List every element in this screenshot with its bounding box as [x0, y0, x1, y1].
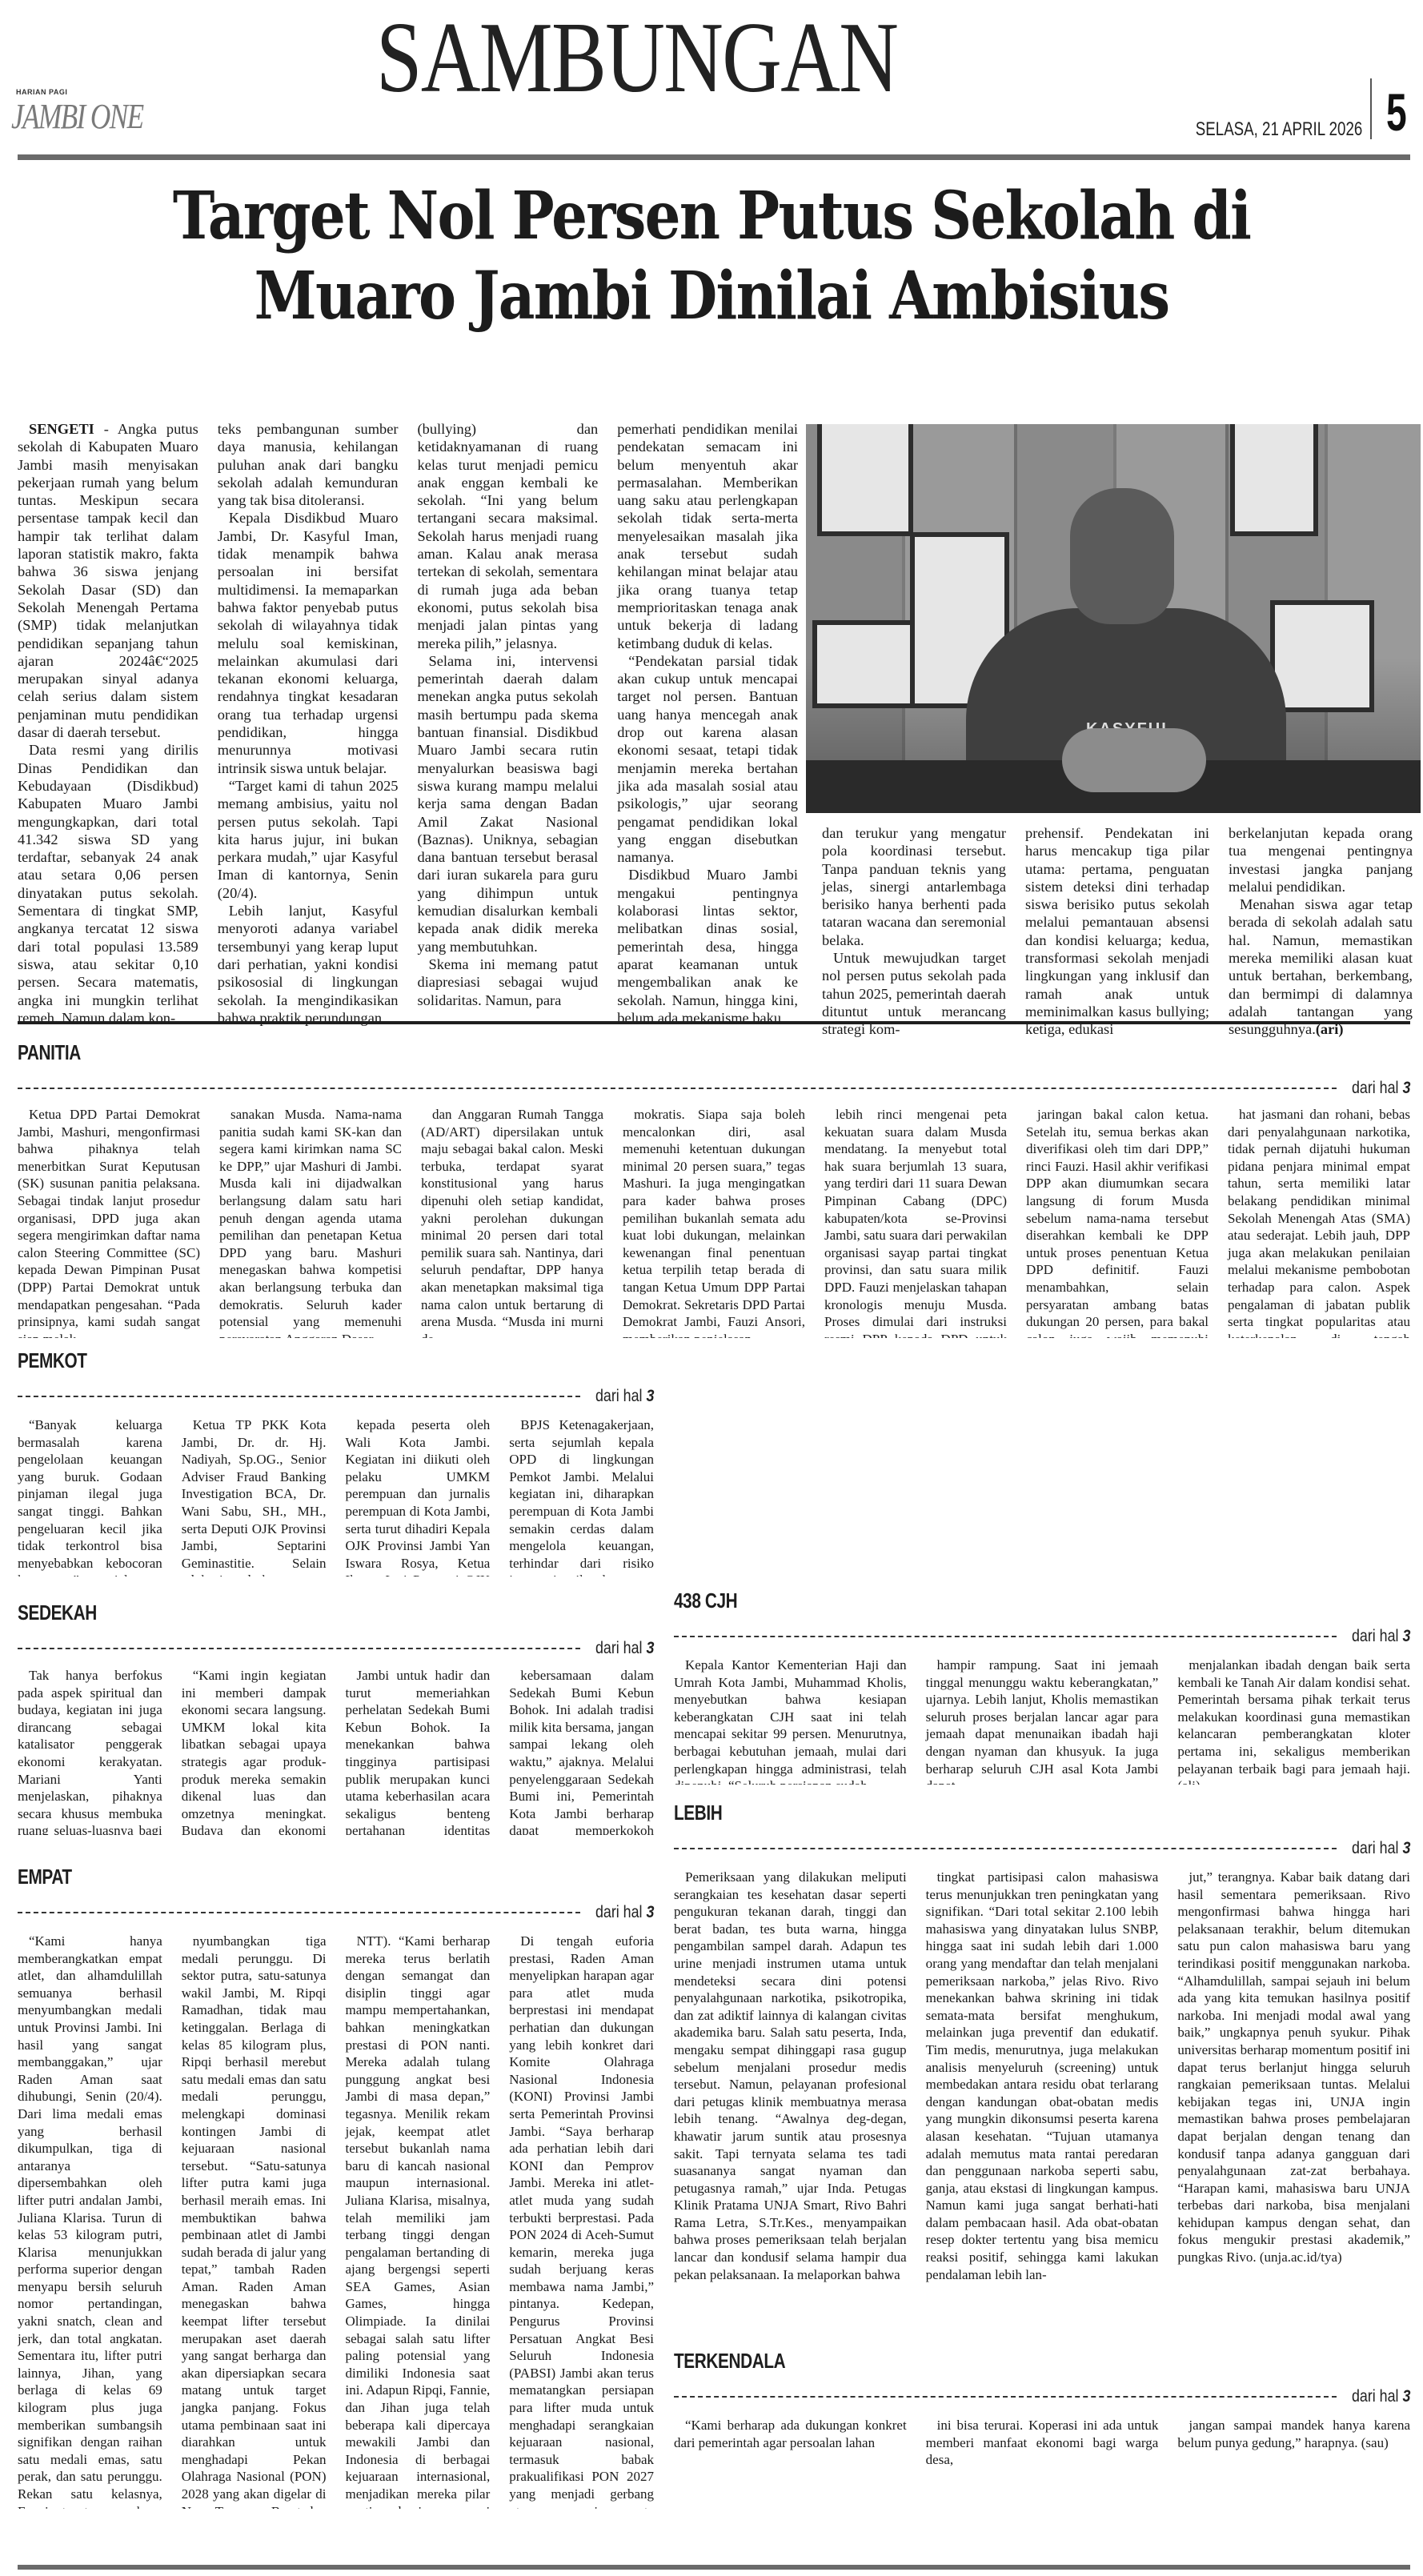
headline-line-1: Target Nol Persen Putus Sekolah di [99, 176, 1323, 256]
from-page-number: 3 [1402, 1079, 1410, 1097]
article-column: “Kami hanya memberangkatkan empat atlet,… [18, 1933, 162, 2509]
paragraph-text: Menahan siswa agar tetap berada di sekol… [1229, 896, 1413, 1037]
article-column: teks pembangunan sumber daya manusia, ke… [218, 420, 399, 1004]
section-header-cjh: 438 CJH [674, 1588, 737, 1613]
from-label-text: dari hal [595, 1903, 647, 1921]
paragraph-text: prehensif. Pendekatan ini harus mencakup… [1025, 825, 1209, 1037]
article-paragraph: “Target kami di tahun 2025 memang ambisi… [218, 777, 399, 902]
article-paragraph: Jambi untuk hadir dan turut memeriahkan … [346, 1667, 491, 1835]
article-paragraph: jaringan bakal calon ketua. Setelah itu,… [1026, 1106, 1209, 1338]
paragraph-text: berkelanjutan kepada orang tua mengenai … [1229, 825, 1413, 895]
article-paragraph: lebih rinci mengenai peta kekuatan suara… [824, 1106, 1007, 1338]
article-column: dan terukur yang mengatur pola koordinas… [822, 824, 1006, 1008]
paragraph-text: Disdikbud Muaro Jambi mengakui pentingny… [617, 867, 798, 1025]
article-paragraph: kebersamaan dalam Sedekah Bumi Kebun Boh… [509, 1667, 654, 1835]
article-paragraph: Pemeriksaan yang dilakukan meliputi sera… [674, 1869, 907, 2283]
dashed-divider [674, 2396, 1337, 2398]
article-paragraph: Skema ini memang patut diapresiasi sebag… [418, 955, 599, 1009]
continued-from-line: dari hal 3 [674, 1627, 1410, 1646]
page-separator [1370, 78, 1372, 139]
section-header-lebih: LEBIH [674, 1801, 722, 1825]
continued-from-label: dari hal 3 [595, 1903, 654, 1922]
article-paragraph: Selama ini, intervensi pemerintah daerah… [418, 652, 599, 955]
article-column: “Kami ingin kegiatan ini memberi dampak … [182, 1667, 327, 1835]
article-paragraph: BPJS Ketenagakerjaan, serta sejumlah kep… [509, 1416, 654, 1576]
article-paragraph: nyumbangkan tiga medali perunggu. Di sek… [182, 1933, 327, 2509]
article-paragraph: “Kami ingin kegiatan ini memberi dampak … [182, 1667, 327, 1835]
article-paragraph: hat jasmani dan rohani, bebas dari penya… [1228, 1106, 1410, 1338]
article-column: prehensif. Pendekatan ini harus mencakup… [1025, 824, 1209, 1008]
paragraph-text: Lebih lanjut, Kasyful menyoroti adanya v… [218, 903, 399, 1026]
section-body-terkendala: “Kami berharap ada dukungan konkret dari… [674, 2417, 1410, 2481]
section-header-empat: EMPAT [18, 1865, 72, 1889]
article-column: “Banyak keluarga bermasalah karena penge… [18, 1416, 162, 1576]
logo-name: JAMBI ONE [11, 96, 142, 137]
article-paragraph: ini bisa terurai. Koperasi ini ada untuk… [926, 2417, 1159, 2469]
article-paragraph: (bullying) dan ketidaknyamanan di ruang … [418, 420, 599, 652]
paragraph-text: - Angka putus sekolah di Kabupaten Muaro… [18, 421, 198, 740]
article-paragraph: SENGETI - Angka putus sekolah di Kabupat… [18, 420, 198, 741]
article-column: Ketua TP PKK Kota Jambi, Dr. dr. Hj. Nad… [182, 1416, 327, 1576]
lead-article-columns-left: SENGETI - Angka putus sekolah di Kabupat… [18, 420, 798, 1004]
article-column: sanakan Musda. Nama-nama panitia sudah k… [219, 1106, 402, 1338]
article-column: jut,” terangnya. Kabar baik datang dari … [1177, 1869, 1410, 2329]
article-column: berkelanjutan kepada orang tua mengenai … [1229, 824, 1413, 1008]
article-paragraph: kepada peserta oleh Wali Kota Jambi. Keg… [346, 1416, 491, 1576]
from-page-number: 3 [646, 1903, 654, 1921]
dashed-divider [674, 1848, 1337, 1849]
from-page-number: 3 [1402, 2387, 1410, 2406]
section-header-terkendala: TERKENDALA [674, 2349, 785, 2374]
continued-from-label: dari hal 3 [1352, 2387, 1410, 2406]
section-header-sedekah: SEDEKAH [18, 1600, 97, 1625]
article-paragraph: Untuk mewujudkan target nol persen putus… [822, 949, 1006, 1038]
continued-from-line: dari hal 3 [674, 2387, 1410, 2406]
continued-from-line: dari hal 3 [674, 1839, 1410, 1858]
article-column: Tak hanya berfokus pada aspek spiritual … [18, 1667, 162, 1835]
continued-from-label: dari hal 3 [595, 1387, 654, 1406]
section-body-cjh: Kepala Kantor Kementerian Haji dan Umrah… [674, 1657, 1410, 1785]
paragraph-text: pemerhati pendidikan menilai pendekatan … [617, 421, 798, 651]
from-page-number: 3 [1402, 1839, 1410, 1857]
lead-article-columns-right: dan terukur yang mengatur pola koordinas… [822, 824, 1413, 1008]
article-column: tingkat partisipasi calon mahasiswa teru… [926, 1869, 1159, 2329]
article-column: Di tengah euforia prestasi, Raden Aman m… [509, 1933, 654, 2509]
article-column: jaringan bakal calon ketua. Setelah itu,… [1026, 1106, 1209, 1338]
photo-subject-head [1070, 488, 1174, 624]
logo-tagline: HARIAN PAGI [16, 88, 176, 96]
from-page-number: 3 [1402, 1627, 1410, 1645]
from-label-text: dari hal [595, 1387, 647, 1405]
paragraph-text: Skema ini memang patut diapresiasi sebag… [418, 956, 599, 1008]
article-paragraph: Kepala Kantor Kementerian Haji dan Umrah… [674, 1657, 907, 1785]
article-paragraph: Data resmi yang dirilis Dinas Pendidikan… [18, 741, 198, 1027]
section-header-panitia: PANITIA [18, 1040, 81, 1065]
section-body-sedekah: Tak hanya berfokus pada aspek spiritual … [18, 1667, 654, 1835]
article-column: Jambi untuk hadir dan turut memeriahkan … [346, 1667, 491, 1835]
article-paragraph: dan Anggaran Rumah Tangga (AD/ART) diper… [421, 1106, 603, 1338]
article-paragraph: pemerhati pendidikan menilai pendekatan … [617, 420, 798, 652]
photo-subject-hands [1062, 728, 1206, 792]
section-title: SAMBUNGAN [376, 8, 897, 109]
article-column: hampir rampung. Saat ini jemaah tinggal … [926, 1657, 1159, 1785]
paragraph-text: “Target kami di tahun 2025 memang ambisi… [218, 778, 399, 901]
article-column: Ketua DPD Partai Demokrat Jambi, Mashuri… [18, 1106, 200, 1338]
continued-from-line: dari hal 3 [18, 1639, 654, 1658]
paragraph-text: (bullying) dan ketidaknyamanan di ruang … [418, 421, 599, 651]
article-column: hat jasmani dan rohani, bebas dari penya… [1228, 1106, 1410, 1338]
bottom-rule-divider [18, 2565, 1410, 2570]
from-label-text: dari hal [1352, 1079, 1403, 1097]
paragraph-text: Selama ini, intervensi pemerintah daerah… [418, 653, 599, 955]
newspaper-logo: HARIAN PAGI JAMBI ONE [11, 88, 176, 137]
top-rule-divider [18, 154, 1410, 160]
issue-date: SELASA, 21 APRIL 2026 [1196, 118, 1362, 141]
article-column: kebersamaan dalam Sedekah Bumi Kebun Boh… [509, 1667, 654, 1835]
section-body-empat: “Kami hanya memberangkatkan empat atlet,… [18, 1933, 654, 2509]
article-column: “Kami berharap ada dukungan konkret dari… [674, 2417, 907, 2481]
article-paragraph: Ketua TP PKK Kota Jambi, Dr. dr. Hj. Nad… [182, 1416, 327, 1576]
continued-from-line: dari hal 3 [18, 1387, 654, 1406]
continued-from-label: dari hal 3 [1352, 1079, 1410, 1098]
dashed-divider [18, 1912, 580, 1913]
from-page-number: 3 [646, 1639, 654, 1657]
article-paragraph: Disdikbud Muaro Jambi mengakui pentingny… [617, 866, 798, 1027]
article-paragraph: “Kami berharap ada dukungan konkret dari… [674, 2417, 907, 2451]
article-paragraph: Lebih lanjut, Kasyful menyoroti adanya v… [218, 902, 399, 1027]
masthead: HARIAN PAGI JAMBI ONE SAMBUNGAN SELASA, … [0, 0, 1423, 160]
article-paragraph: prehensif. Pendekatan ini harus mencakup… [1025, 824, 1209, 1039]
article-paragraph: hampir rampung. Saat ini jemaah tinggal … [926, 1657, 1159, 1785]
article-column: Pemeriksaan yang dilakukan meliputi sera… [674, 1869, 907, 2329]
paragraph-text: Kepala Disdikbud Muaro Jambi, Dr. Kasyfu… [218, 510, 399, 775]
article-paragraph: “Pendekatan parsial tidak akan cukup unt… [617, 652, 798, 867]
photo-frame-portrait-right [1230, 424, 1318, 536]
photo-frame-plaque-left [812, 620, 915, 708]
paragraph-text: Data resmi yang dirilis Dinas Pendidikan… [18, 742, 198, 1025]
article-paragraph: mokratis. Siapa saja boleh mencalonkan d… [623, 1106, 805, 1338]
article-paragraph: jut,” terangnya. Kabar baik datang dari … [1177, 1869, 1410, 2266]
article-paragraph: dan terukur yang mengatur pola koordinas… [822, 824, 1006, 949]
article-paragraph: tingkat partisipasi calon mahasiswa teru… [926, 1869, 1159, 2283]
photo-frame-portrait-left [817, 424, 913, 536]
paragraph-text: teks pembangunan sumber daya manusia, ke… [218, 421, 399, 508]
from-label-text: dari hal [1352, 2387, 1403, 2406]
article-column: kepada peserta oleh Wali Kota Jambi. Keg… [346, 1416, 491, 1576]
lead-photo: KASYFUL [806, 424, 1421, 813]
continued-from-line: dari hal 3 [18, 1079, 1410, 1098]
article-dateline: SENGETI [29, 421, 94, 437]
article-column: BPJS Ketenagakerjaan, serta sejumlah kep… [509, 1416, 654, 1576]
article-paragraph: Tak hanya berfokus pada aspek spiritual … [18, 1667, 162, 1835]
article-paragraph: “Banyak keluarga bermasalah karena penge… [18, 1416, 162, 1576]
article-paragraph: sanakan Musda. Nama-nama panitia sudah k… [219, 1106, 402, 1338]
page-number: 5 [1386, 82, 1407, 142]
continued-from-line: dari hal 3 [18, 1903, 654, 1922]
article-column: menjalankan ibadah dengan baik serta kem… [1177, 1657, 1410, 1785]
dashed-divider [18, 1396, 580, 1397]
photo-frame-plaque-right [1270, 600, 1374, 712]
dashed-divider [674, 1636, 1337, 1637]
from-label-text: dari hal [595, 1639, 647, 1657]
dashed-divider [18, 1088, 1337, 1089]
section-body-pemkot: “Banyak keluarga bermasalah karena penge… [18, 1416, 654, 1576]
section-body-panitia: Ketua DPD Partai Demokrat Jambi, Mashuri… [18, 1106, 1410, 1338]
article-paragraph: “Kami hanya memberangkatkan empat atlet,… [18, 1933, 162, 2509]
continued-from-label: dari hal 3 [1352, 1627, 1410, 1646]
article-column: dan Anggaran Rumah Tangga (AD/ART) diper… [421, 1106, 603, 1338]
lead-headline: Target Nol Persen Putus Sekolah di Muaro… [99, 176, 1323, 336]
article-paragraph: Menahan siswa agar tetap berada di sekol… [1229, 895, 1413, 1038]
article-paragraph: Kepala Disdikbud Muaro Jambi, Dr. Kasyfu… [218, 509, 399, 776]
dashed-divider [18, 1648, 580, 1649]
headline-line-2: Muaro Jambi Dinilai Ambisius [99, 256, 1323, 336]
article-paragraph: Ketua DPD Partai Demokrat Jambi, Mashuri… [18, 1106, 200, 1338]
article-column: jangan sampai mandek hanya karena belum … [1177, 2417, 1410, 2481]
paragraph-text: “Pendekatan parsial tidak akan cukup unt… [617, 653, 798, 865]
paragraph-text: dan terukur yang mengatur pola koordinas… [822, 825, 1006, 948]
section-body-lebih: Pemeriksaan yang dilakukan meliputi sera… [674, 1869, 1410, 2329]
continued-from-label: dari hal 3 [595, 1639, 654, 1658]
section-header-pemkot: PEMKOT [18, 1348, 87, 1373]
article-column: Kepala Kantor Kementerian Haji dan Umrah… [674, 1657, 907, 1785]
article-paragraph: menjalankan ibadah dengan baik serta kem… [1177, 1657, 1410, 1785]
from-label-text: dari hal [1352, 1627, 1403, 1645]
article-paragraph: berkelanjutan kepada orang tua mengenai … [1229, 824, 1413, 895]
article-paragraph: teks pembangunan sumber daya manusia, ke… [218, 420, 399, 509]
article-column: mokratis. Siapa saja boleh mencalonkan d… [623, 1106, 805, 1338]
article-paragraph: Di tengah euforia prestasi, Raden Aman m… [509, 1933, 654, 2509]
lead-end-rule [18, 1021, 1410, 1024]
article-column: SENGETI - Angka putus sekolah di Kabupat… [18, 420, 198, 1004]
article-column: (bullying) dan ketidaknyamanan di ruang … [418, 420, 599, 1004]
article-paragraph: jangan sampai mandek hanya karena belum … [1177, 2417, 1410, 2451]
article-column: ini bisa terurai. Koperasi ini ada untuk… [926, 2417, 1159, 2481]
article-column: lebih rinci mengenai peta kekuatan suara… [824, 1106, 1007, 1338]
from-page-number: 3 [646, 1387, 654, 1405]
article-paragraph: NTT). “Kami berharap mereka terus berlat… [346, 1933, 491, 2509]
article-column: nyumbangkan tiga medali perunggu. Di sek… [182, 1933, 327, 2509]
from-label-text: dari hal [1352, 1839, 1403, 1857]
continued-from-label: dari hal 3 [1352, 1839, 1410, 1858]
article-column: NTT). “Kami berharap mereka terus berlat… [346, 1933, 491, 2509]
article-column: pemerhati pendidikan menilai pendekatan … [617, 420, 798, 1004]
